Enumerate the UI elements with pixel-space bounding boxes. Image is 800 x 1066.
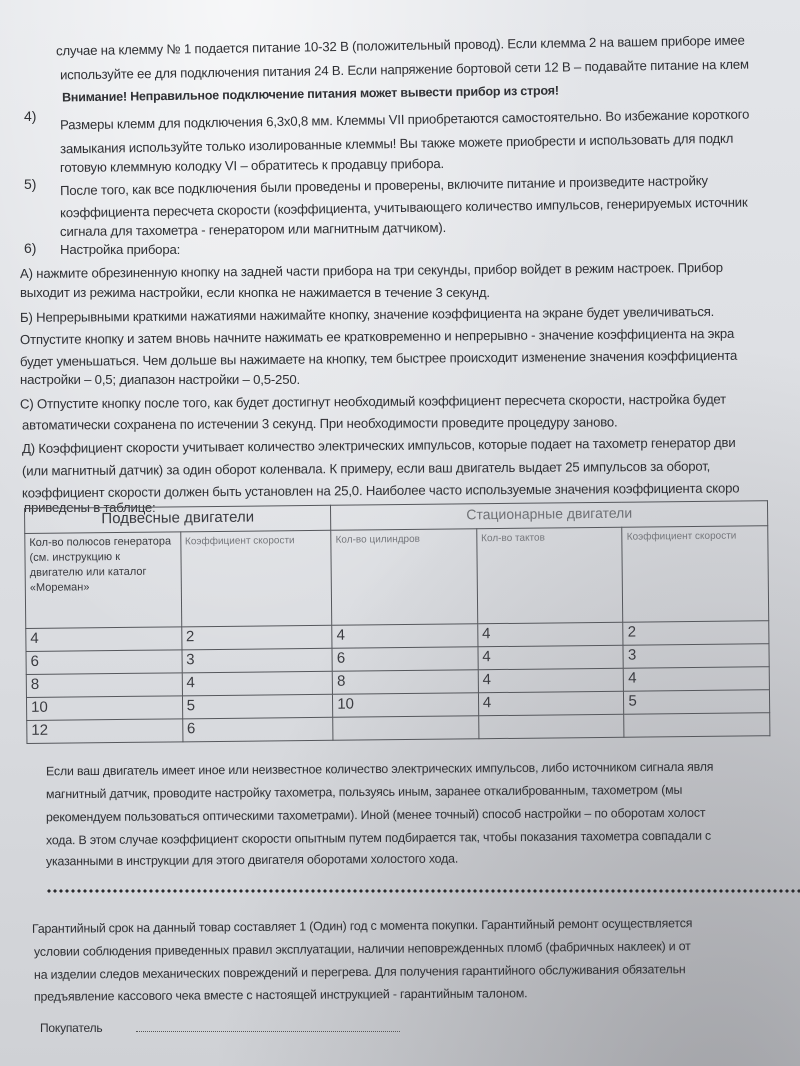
poles-cell: 8 <box>26 673 182 698</box>
strokes-cell: 4 <box>478 645 624 670</box>
instruction-sheet: случае на клемму № 1 подается питание 10… <box>0 0 800 1066</box>
col-header-poles: Кол-во полюсов генератора (см. инструкци… <box>25 532 182 629</box>
stationary-coefficient-cell <box>624 713 770 738</box>
cylinders-cell: 8 <box>332 670 478 695</box>
outboard-coefficient-cell: 5 <box>182 694 333 719</box>
item-6-title: Настройка прибора: <box>60 242 180 258</box>
warranty-line-4: предъявление кассового чека вместе с нас… <box>34 985 527 1004</box>
step-a-line-2: выходит из режима настройки, если кнопка… <box>20 285 490 301</box>
outboard-engines-header: Подвесные двигатели <box>25 505 331 533</box>
outboard-coefficient-cell: 4 <box>182 671 333 696</box>
outboard-coefficient-cell: 2 <box>181 625 332 650</box>
item-5-line-1: После того, как все подключения были про… <box>60 173 708 199</box>
cylinders-cell <box>333 716 479 741</box>
strokes-cell: 4 <box>478 691 624 716</box>
warning-line: Внимание! Неправильное подключение питан… <box>62 83 559 106</box>
step-b-line-2: Отпустите кнопку и затем вновь начните н… <box>20 326 734 348</box>
other-line-5: указанными в инструкции для этого двигат… <box>46 851 458 870</box>
tear-off-dotted-line <box>46 888 800 894</box>
step-b-line-4: настройки – 0,5; диапазон настройки – 0,… <box>20 372 300 388</box>
step-c-line-2: автоматически сохранена по истечении 3 с… <box>22 414 618 433</box>
poles-cell: 12 <box>27 719 183 744</box>
intro-line-2: используйте ее для подключения питания 2… <box>60 57 749 84</box>
item-5-number: 5) <box>24 176 36 192</box>
stationary-coefficient-cell: 2 <box>623 621 769 646</box>
step-a-line-1: А) нажмите обрезиненную кнопку на задней… <box>20 260 723 282</box>
step-d-line-3: коэффициент скорости должен быть установ… <box>22 480 739 501</box>
item-6-number: 6) <box>24 240 36 256</box>
outboard-coefficient-cell: 6 <box>182 717 333 742</box>
speed-coefficient-table: Подвесные двигатели Стационарные двигате… <box>24 500 770 744</box>
other-line-2: магнитный датчик, проводите настройку та… <box>46 782 682 802</box>
stationary-coefficient-cell: 5 <box>624 690 770 715</box>
step-c-line-1: С) Отпустите кнопку после того, как буде… <box>20 392 726 413</box>
warranty-line-3: на изделии следов механических поврежден… <box>34 961 686 983</box>
other-line-4: хода. В этом случае коэффициент скорости… <box>46 828 711 849</box>
other-line-1: Если ваш двигатель имеет иное или неизве… <box>46 759 713 780</box>
step-d-line-2: (или магнитный датчик) за один оборот ко… <box>22 459 710 480</box>
warranty-line-1: Гарантийный срок на данный товар составл… <box>32 915 692 937</box>
cylinders-cell: 6 <box>332 647 478 672</box>
item-4-line-3: готовую клеммную колодку VI – обратитесь… <box>60 156 444 176</box>
strokes-cell <box>478 714 624 739</box>
step-b-line-3: будет уменьшаться. Чем дольше вы нажимае… <box>20 348 737 370</box>
warranty-line-2: условии соблюдения приведенных правил эк… <box>34 938 691 960</box>
col-header-cylinders: Кол-во цилиндров <box>331 529 478 626</box>
step-b-line-1: Б) Непрерывными краткими нажатиями нажим… <box>20 304 714 326</box>
stationary-coefficient-cell: 4 <box>624 667 770 692</box>
poles-cell: 6 <box>26 650 182 675</box>
col-header-stationary-coefficient: Коэффициент скорости <box>622 526 769 623</box>
item-5-line-2: коэффициента пересчета скорости (коэффиц… <box>60 195 748 222</box>
stationary-coefficient-cell: 3 <box>623 644 769 669</box>
item-5-line-3: сигнала для тахометра - генератором или … <box>60 220 446 240</box>
buyer-label: Покупатель <box>40 1020 102 1036</box>
other-line-3: рекомендуем пользоваться оптическими тах… <box>46 805 705 826</box>
intro-line-1: случае на клемму № 1 подается питание 10… <box>56 33 745 60</box>
col-header-outboard-coefficient: Коэффициент скорости <box>180 530 332 627</box>
buyer-signature-line <box>136 1031 400 1032</box>
strokes-cell: 4 <box>478 622 624 647</box>
cylinders-cell: 4 <box>332 624 478 649</box>
item-4-line-2: замыкания используйте только изолированн… <box>60 131 733 158</box>
poles-cell: 10 <box>26 696 182 721</box>
col-header-strokes: Кол-во тактов <box>477 527 624 624</box>
poles-cell: 4 <box>26 627 182 652</box>
item-4-line-1: Размеры клемм для подключения 6,3х0,8 мм… <box>60 107 749 134</box>
item-4-number: 4) <box>24 108 36 124</box>
cylinders-cell: 10 <box>333 693 479 718</box>
step-d-line-1: Д) Коэффициент скорости учитывает количе… <box>22 435 736 457</box>
outboard-coefficient-cell: 3 <box>182 648 333 673</box>
strokes-cell: 4 <box>478 668 624 693</box>
